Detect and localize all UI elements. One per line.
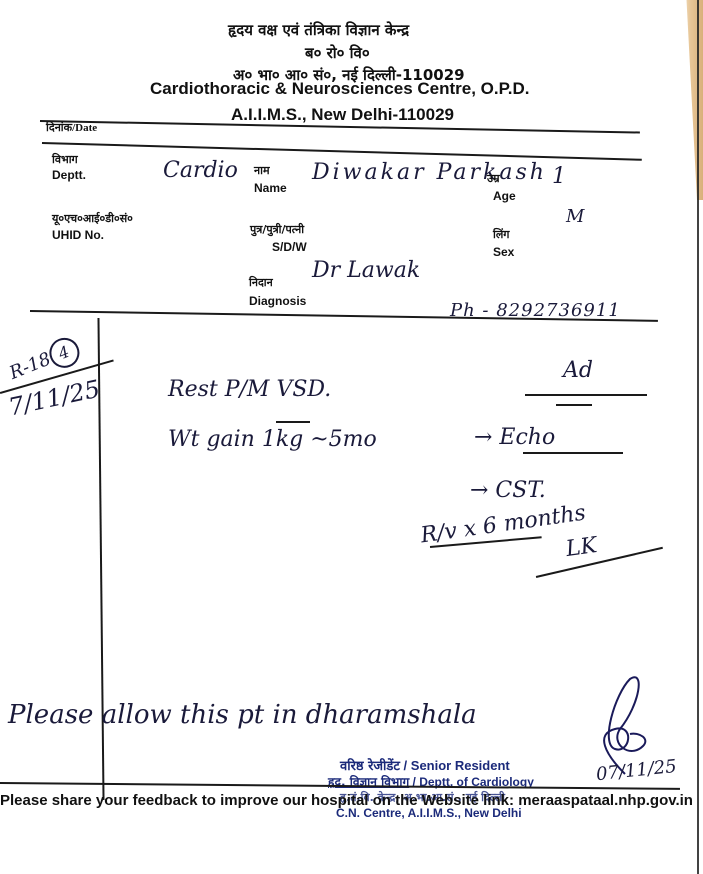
photo-border: [697, 0, 699, 874]
sex-value: M: [566, 206, 584, 227]
age-label-en: Age: [493, 189, 516, 203]
plan-echo: → Echo: [474, 425, 555, 450]
stamp-line1: वरिष्ठ रेजीडेंट / Senior Resident: [340, 756, 510, 774]
followup-note: R/v x 6 months: [419, 501, 587, 549]
signature-stroke: [536, 547, 663, 578]
header-hindi-line2: ब० रो० वि०: [305, 43, 370, 63]
feedback-text: Please share your feedback to improve ou…: [0, 792, 693, 809]
sex-label-en: Sex: [493, 245, 514, 259]
request-note: Please allow this pt in dharamshala: [8, 700, 477, 730]
sdw-label-hi: पुत्र/पुत्री/पत्नी: [250, 222, 304, 237]
date-divider: [42, 142, 642, 161]
name-label-en: Name: [254, 181, 287, 195]
diagnosis-label-en: Diagnosis: [249, 294, 306, 308]
echo-underline: [523, 452, 623, 454]
name-value: Diwakar Parkash: [312, 160, 547, 185]
dept-label-hi: विभाग: [52, 152, 78, 167]
header-english-line2: A.I.I.M.S., New Delhi-110029: [231, 105, 454, 125]
diagnosis-label-hi: निदान: [249, 275, 273, 290]
age-label-hi: उम्र: [487, 171, 500, 186]
right-initials: Ad: [563, 358, 593, 383]
note-line1: Rest P/M VSD.: [168, 377, 331, 402]
opd-prescription-slip: हृदय वक्ष एवं तंत्रिका विज्ञान केन्द्र ब…: [0, 0, 703, 874]
diagnosis-value: Dr Lawak: [312, 258, 420, 283]
header-hindi-line1: हृदय वक्ष एवं तंत्रिका विज्ञान केन्द्र: [228, 20, 409, 40]
sdw-label-en: S/D/W: [272, 240, 307, 254]
dept-value: Cardio: [163, 158, 238, 183]
sex-label-hi: लिंग: [493, 227, 510, 242]
signature-initials: LK: [564, 533, 598, 562]
date-label: दिनांक/Date: [46, 118, 97, 136]
dept-label-en: Deptt.: [52, 168, 86, 182]
initials-dash: [556, 404, 592, 406]
name-label-hi: नाम: [254, 163, 270, 178]
uhid-label-hi: यू०एच०आई०डी०सं०: [52, 211, 133, 226]
uhid-label-en: UHID No.: [52, 228, 104, 242]
header-english-line1: Cardiothoracic & Neurosciences Centre, O…: [150, 79, 529, 99]
note-line2: Wt gain 1kg ~5mo: [168, 427, 377, 452]
note-underline: [276, 421, 310, 423]
plan-cst: → CST.: [470, 478, 546, 503]
initials-underline: [525, 394, 647, 396]
age-value: 1: [552, 164, 566, 189]
